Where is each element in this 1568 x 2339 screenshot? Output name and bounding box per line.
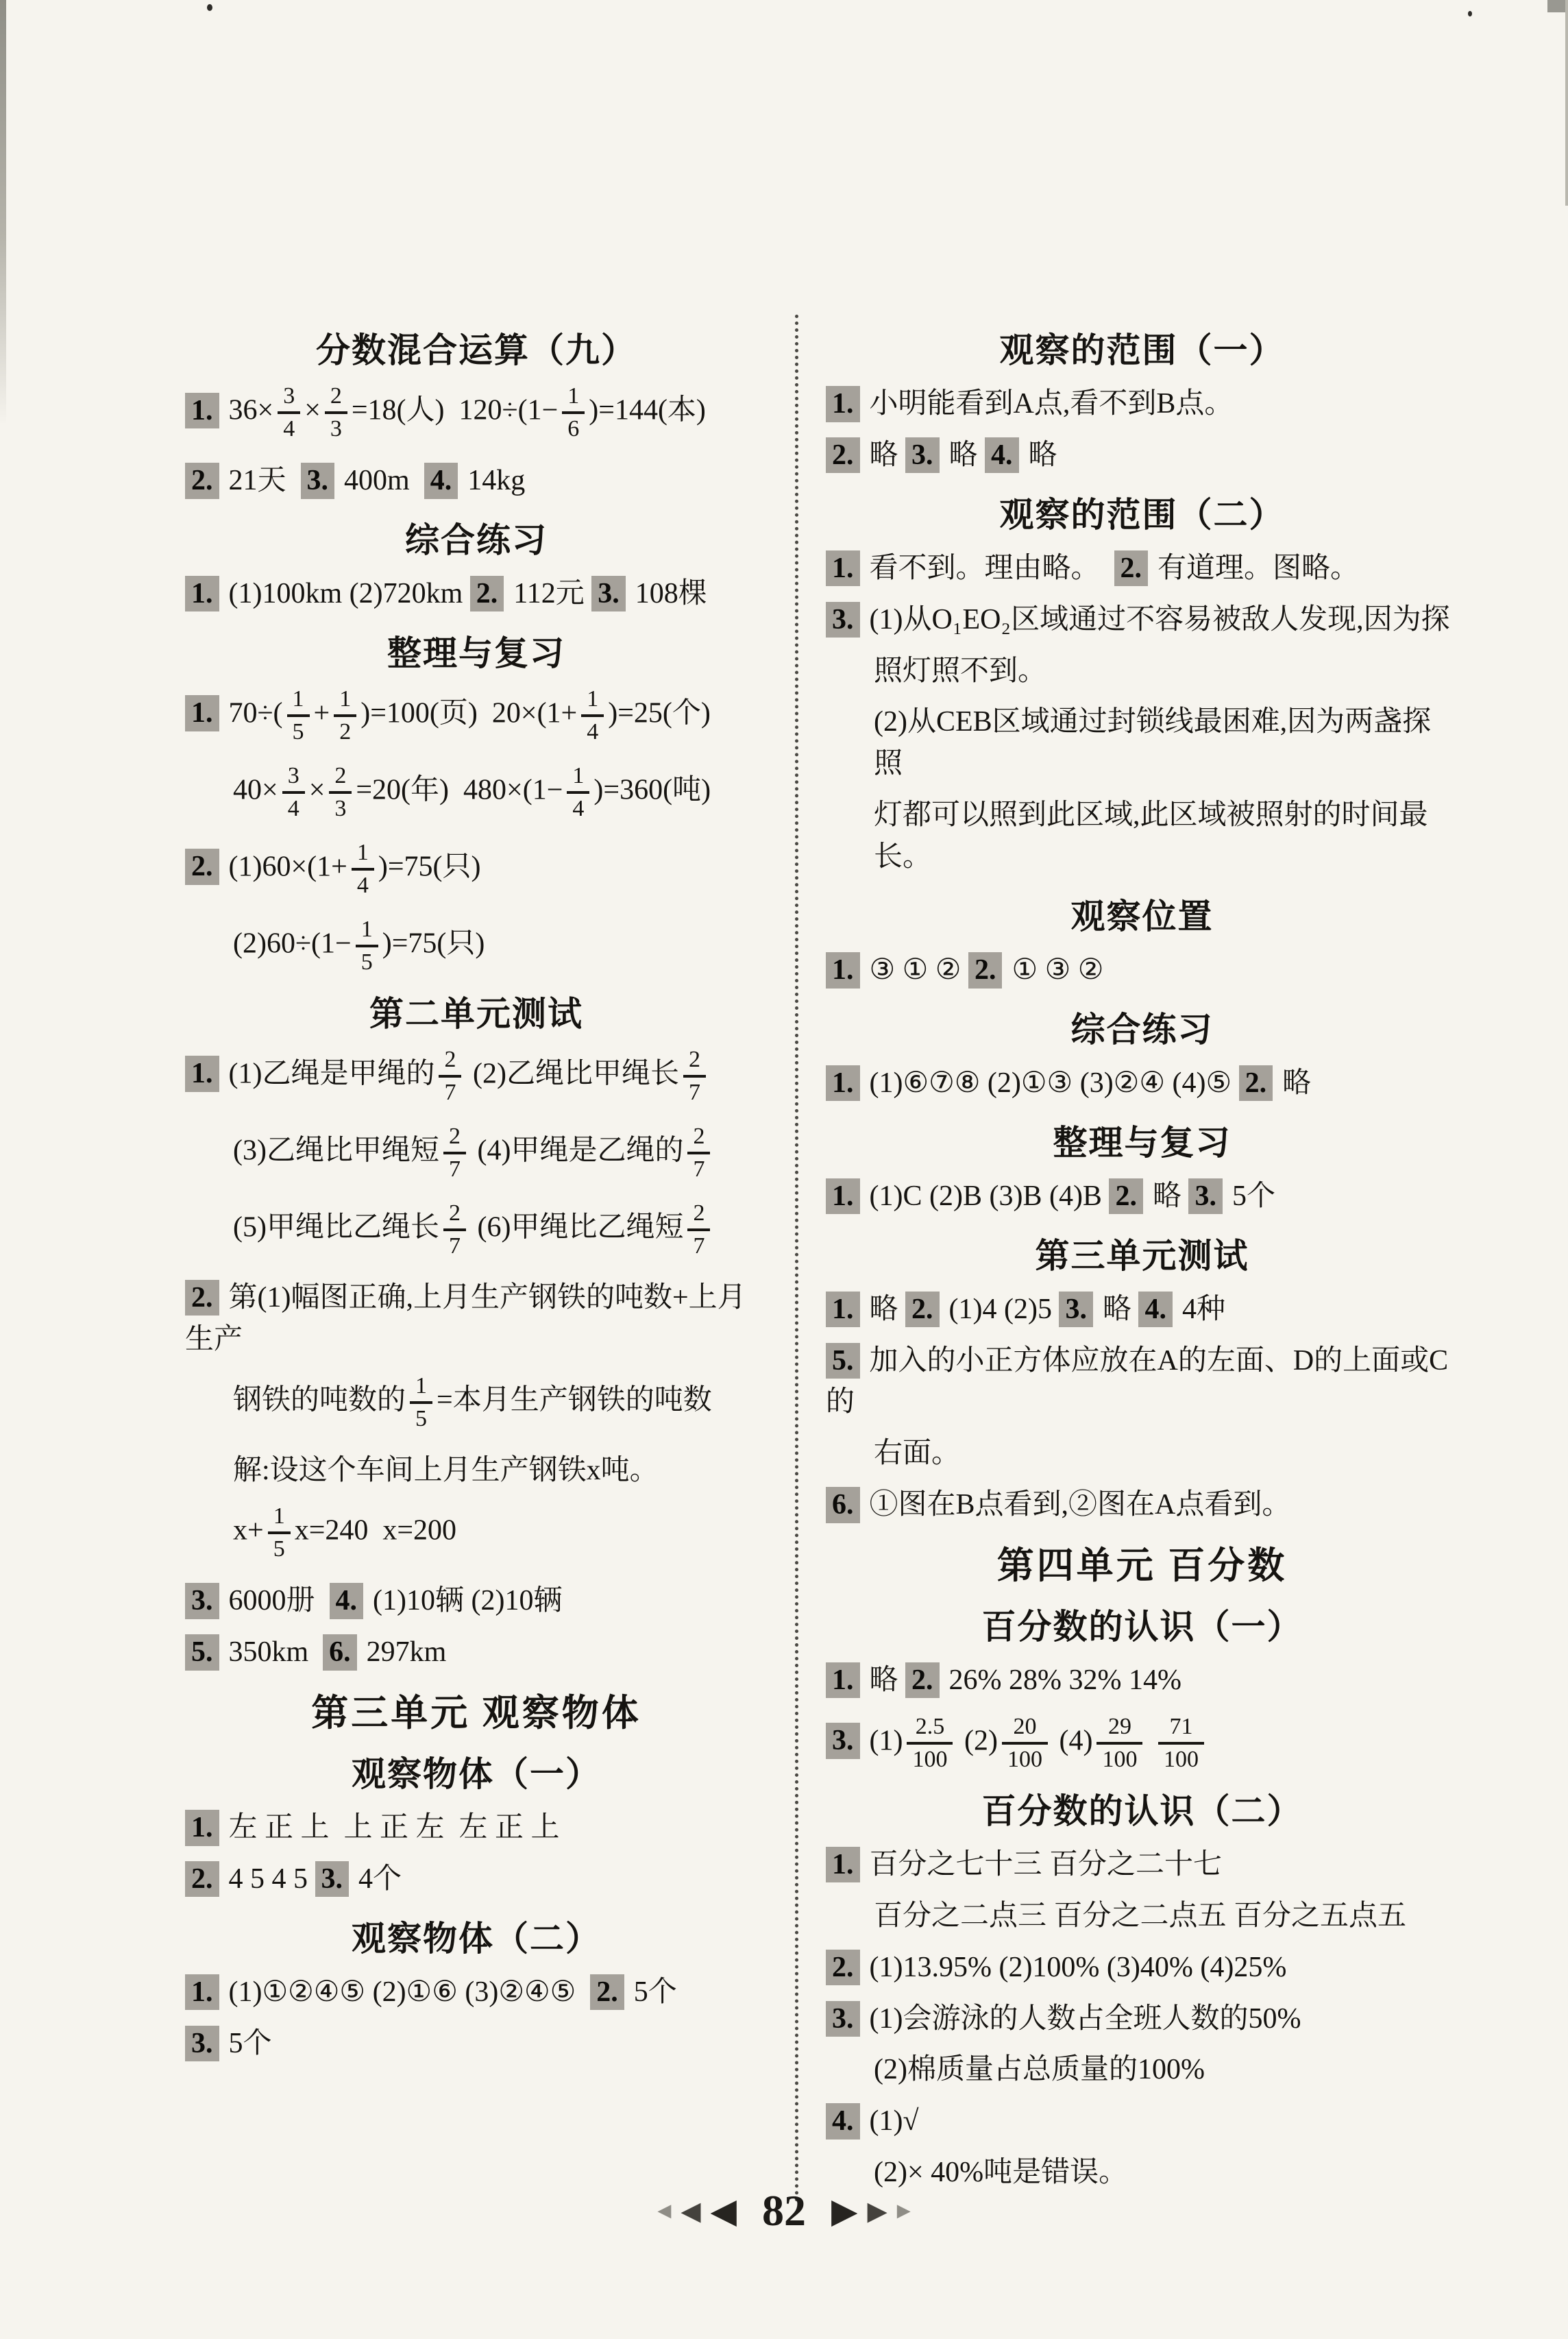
answer-line: 3.(1)2.5100 (2)20100 (4)29100 71100 <box>826 1714 1458 1773</box>
question-number: 4. <box>330 1583 364 1619</box>
answer-line: 2.(1)13.95% (2)100% (3)40% (4)25% <box>826 1947 1458 1989</box>
answer-line: 1.小明能看到A点,看不到B点。 <box>826 383 1458 425</box>
fraction: 27 <box>687 1124 710 1183</box>
question-number: 2. <box>185 1861 219 1898</box>
question-number: 3. <box>905 437 940 474</box>
question-number: 3. <box>826 602 860 638</box>
answer-line: (2)60÷(1−15)=75(只) <box>185 917 768 975</box>
fraction: 27 <box>443 1124 466 1183</box>
answer-line: 1.③ ① ② 2.① ③ ② <box>826 949 1458 991</box>
answer-line: 5.350km 6.297km <box>185 1632 768 1673</box>
fraction: 27 <box>683 1047 706 1106</box>
question-number: 3. <box>826 1723 860 1759</box>
section-heading: 综合练习 <box>185 520 768 561</box>
answer-line: 5.加入的小正方体应放在A的左面、D的上面或C的 <box>826 1340 1458 1424</box>
answer-line: 1.(1)C (2)B (3)B (4)B 2.略 3.5个 <box>826 1176 1458 1217</box>
section-heading: 观察位置 <box>826 896 1458 937</box>
question-number: 3. <box>185 1583 219 1619</box>
question-number: 2. <box>826 437 860 474</box>
question-number: 2. <box>185 463 219 499</box>
answer-line: 照灯照不到。 <box>826 651 1458 692</box>
answer-line: 1.看不到。理由略。 2.有道理。图略。 <box>826 548 1458 590</box>
question-number: 1. <box>826 1065 860 1102</box>
section-heading: 百分数的认识（一） <box>826 1606 1458 1647</box>
question-number: 1. <box>826 1178 860 1215</box>
question-number: 3. <box>1059 1292 1093 1328</box>
answer-line: (2)从CEB区域通过封锁线最困难,因为两盏探照 <box>826 701 1458 785</box>
question-number: 3. <box>185 2026 219 2062</box>
section-heading: 第三单元 观察物体 <box>185 1691 768 1736</box>
answer-line: 1.略 2.26% 28% 32% 14% <box>826 1660 1458 1701</box>
question-number: 2. <box>590 1974 624 2011</box>
question-number: 2. <box>1239 1065 1273 1102</box>
right-arrow-icon: ▶ <box>867 2197 887 2226</box>
left-arrow-icon: ◀ <box>657 2201 671 2220</box>
left-arrow-icon: ◀ <box>681 2197 700 2226</box>
question-number: 2. <box>905 1662 940 1699</box>
section-heading: 第二单元测试 <box>185 993 768 1034</box>
fraction: 34 <box>282 763 305 822</box>
fraction: 14 <box>352 840 374 899</box>
section-heading: 观察物体（一） <box>185 1754 768 1795</box>
section-heading: 百分数的认识（二） <box>826 1791 1458 1832</box>
section-heading: 分数混合运算（九） <box>185 330 768 371</box>
answer-line: 40×34×23=20(年) 480×(1−14)=360(吨) <box>185 763 768 822</box>
answer-line: 1.70÷(15+12)=100(页) 20×(1+14)=25(个) <box>185 686 768 745</box>
answer-line: 钢铁的吨数的15=本月生产钢铁的吨数 <box>185 1373 768 1432</box>
scanned-workbook-answer-page: { "footer": { "page_number": "82", "arro… <box>0 0 1568 2339</box>
question-number: 3. <box>591 576 626 612</box>
answer-line: 右面。 <box>826 1433 1458 1475</box>
question-number: 4. <box>985 437 1019 474</box>
section-heading: 第三单元测试 <box>826 1235 1458 1276</box>
answer-line: 1.(1)①②④⑤ (2)①⑥ (3)②④⑤ 2.5个 <box>185 1972 768 2013</box>
answer-line: 1.(1)乙绳是甲绳的27 (2)乙绳比甲绳长27 <box>185 1047 768 1106</box>
section-heading: 观察物体（二） <box>185 1918 768 1959</box>
section-heading: 整理与复习 <box>185 633 768 674</box>
question-number: 1. <box>826 952 860 989</box>
right-arrow-icon: ▶ <box>831 2192 857 2230</box>
question-number: 5. <box>826 1343 860 1379</box>
answer-line: 2.21天 3.400m 4.14kg <box>185 460 768 502</box>
fraction: 14 <box>567 763 589 822</box>
page-footer: ◀◀◀ 82 ▶▶▶ <box>0 2185 1568 2236</box>
left-column: 分数混合运算（九）1.36×34×23=18(人) 120÷(1−16)=144… <box>185 312 768 2203</box>
section-heading: 观察的范围（二） <box>826 494 1458 535</box>
answer-line: 2.4 5 4 5 3.4个 <box>185 1858 768 1900</box>
section-heading: 第四单元 百分数 <box>826 1544 1458 1588</box>
fraction: 2.5100 <box>907 1714 953 1773</box>
fraction: 14 <box>581 686 604 745</box>
question-number: 2. <box>905 1292 940 1328</box>
answer-line: (5)甲绳比乙绳长27 (6)甲绳比乙绳短27 <box>185 1200 768 1259</box>
fraction: 27 <box>687 1200 710 1259</box>
question-number: 6. <box>826 1487 860 1523</box>
question-number: 1. <box>185 576 219 612</box>
answer-line: 6.①图在B点看到,②图在A点看到。 <box>826 1484 1458 1526</box>
question-number: 2. <box>968 952 1003 989</box>
fraction: 15 <box>287 686 310 745</box>
right-arrow-icon: ▶ <box>897 2201 911 2220</box>
fraction: 23 <box>325 383 347 442</box>
question-number: 5. <box>185 1634 219 1671</box>
question-number: 6. <box>323 1634 357 1671</box>
question-number: 1. <box>826 550 860 587</box>
question-number: 1. <box>185 393 219 429</box>
question-number: 4. <box>1138 1292 1173 1328</box>
question-number: 1. <box>185 695 219 731</box>
question-number: 1. <box>185 1810 219 1846</box>
question-number: 1. <box>826 1292 860 1328</box>
answer-line: x+15x=240 x=200 <box>185 1503 768 1562</box>
answer-line: 3.(1)从O₁EO₂区域通过不容易被敌人发现,因为探 <box>826 599 1458 641</box>
footer-arrows-right: ▶▶▶ <box>826 2205 916 2216</box>
left-arrow-icon: ◀ <box>711 2192 737 2230</box>
right-column: 观察的范围（一）1.小明能看到A点,看不到B点。2.略 3.略 4.略观察的范围… <box>826 312 1458 2203</box>
answer-line: (3)乙绳比甲绳短27 (4)甲绳是乙绳的27 <box>185 1124 768 1183</box>
answer-line: 3.5个 <box>185 2023 768 2065</box>
question-number: 2. <box>470 576 504 612</box>
page-content: 分数混合运算（九）1.36×34×23=18(人) 120÷(1−16)=144… <box>0 0 1568 2203</box>
section-heading: 综合练习 <box>826 1009 1458 1050</box>
answer-line: (2)棉质量占总质量的100% <box>826 2049 1458 2091</box>
fraction: 16 <box>562 383 585 442</box>
fraction: 23 <box>329 763 352 822</box>
answer-line: 1.36×34×23=18(人) 120÷(1−16)=144(本) <box>185 383 768 442</box>
question-number: 1. <box>185 1056 219 1092</box>
answer-line: 2.略 3.略 4.略 <box>826 435 1458 476</box>
footer-arrows-left: ◀◀◀ <box>652 2205 742 2216</box>
answer-line: 4.(1)√ <box>826 2100 1458 2142</box>
column-divider <box>795 315 798 2203</box>
question-number: 2. <box>1114 550 1149 587</box>
section-heading: 观察的范围（一） <box>826 330 1458 371</box>
answer-line: 3.(1)会游泳的人数占全班人数的50% <box>826 1998 1458 2040</box>
question-number: 4. <box>424 463 458 499</box>
answer-line: 1.(1)100km (2)720km 2.112元 3.108棵 <box>185 573 768 615</box>
question-number: 3. <box>315 1861 350 1898</box>
answer-line: 百分之二点三 百分之二点五 百分之五点五 <box>826 1895 1458 1937</box>
fraction: 29100 <box>1097 1714 1142 1773</box>
question-number: 2. <box>1109 1178 1143 1215</box>
question-number: 2. <box>826 1950 860 1986</box>
question-number: 1. <box>826 386 860 422</box>
section-heading: 整理与复习 <box>826 1122 1458 1163</box>
fraction: 27 <box>439 1047 461 1106</box>
answer-line: 1.(1)⑥⑦⑧ (2)①③ (3)②④ (4)⑤ 2.略 <box>826 1063 1458 1104</box>
fraction: 15 <box>268 1503 291 1562</box>
question-number: 2. <box>185 849 219 885</box>
answer-line: 1.百分之七十三 百分之二十七 <box>826 1844 1458 1886</box>
fraction: 15 <box>356 917 378 975</box>
fraction: 71100 <box>1158 1714 1204 1773</box>
question-number: 2. <box>185 1280 219 1316</box>
fraction: 15 <box>410 1373 432 1432</box>
fraction: 20100 <box>1002 1714 1048 1773</box>
answer-line: 1.左 正 上 上 正 左 左 正 上 <box>185 1807 768 1849</box>
fraction: 34 <box>278 383 300 442</box>
question-number: 1. <box>185 1974 219 2011</box>
question-number: 1. <box>826 1847 860 1883</box>
question-number: 3. <box>1188 1178 1223 1215</box>
question-number: 3. <box>826 2001 860 2037</box>
answer-line: 2.第(1)幅图正确,上月生产钢铁的吨数+上月生产 <box>185 1277 768 1361</box>
question-number: 1. <box>826 1662 860 1699</box>
answer-line: 1.略 2.(1)4 (2)5 3.略 4.4种 <box>826 1289 1458 1331</box>
answer-line: 解:设这个车间上月生产钢铁x吨。 <box>185 1450 768 1492</box>
page-number: 82 <box>762 2186 806 2235</box>
answer-line: 2.(1)60×(1+14)=75(只) <box>185 840 768 899</box>
question-number: 4. <box>826 2103 860 2140</box>
fraction: 27 <box>443 1200 466 1259</box>
answer-line: 3.6000册 4.(1)10辆 (2)10辆 <box>185 1580 768 1622</box>
fraction: 12 <box>334 686 356 745</box>
answer-line: 灯都可以照到此区域,此区域被照射的时间最长。 <box>826 795 1458 878</box>
question-number: 3. <box>301 463 335 499</box>
